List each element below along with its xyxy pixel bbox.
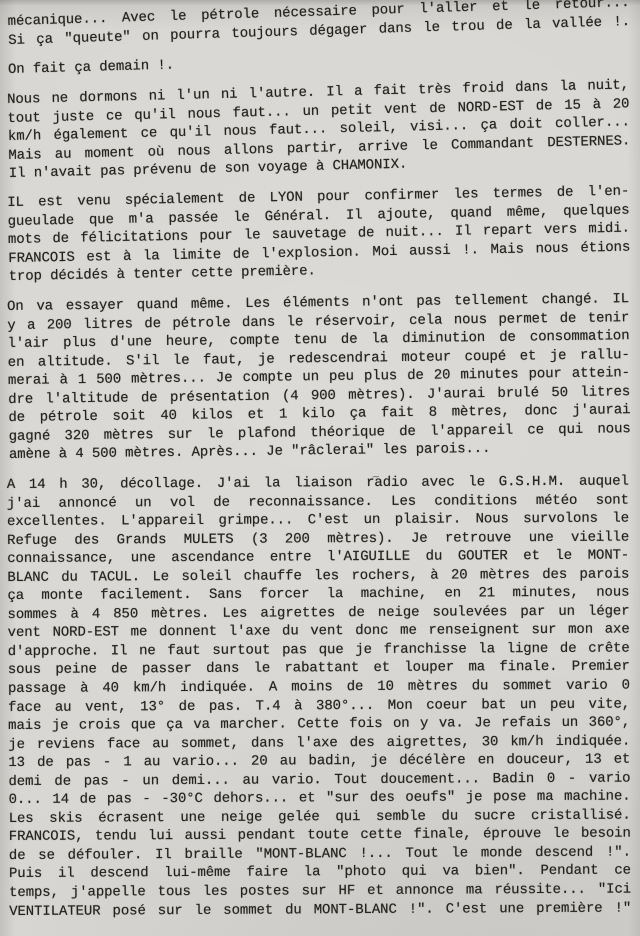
paragraph: On fait ça demain !. [8,44,630,79]
paragraph: IL est venu spécialement de LYON pour co… [7,183,631,287]
paragraph: mécanique... Avec le pétrole nécessaire … [7,0,630,50]
paragraph: Nous ne dormons ni l'un ni l'autre. Il a… [7,76,631,183]
document-page: mécanique... Avec le pétrole nécessaire … [0,0,640,936]
paragraph: On va essayer quand même. Les éléments n… [7,290,631,465]
paragraph: A 14 h 30, décollage. J'ai la liaison ra… [7,473,631,922]
text-line: On fait ça demain !. [8,44,630,79]
ink-smudge: ~ [371,470,381,486]
page-text: mécanique... Avec le pétrole nécessaire … [8,13,630,932]
text-line: VENTILATEUR posé sur le sommet du MONT-B… [9,899,631,921]
